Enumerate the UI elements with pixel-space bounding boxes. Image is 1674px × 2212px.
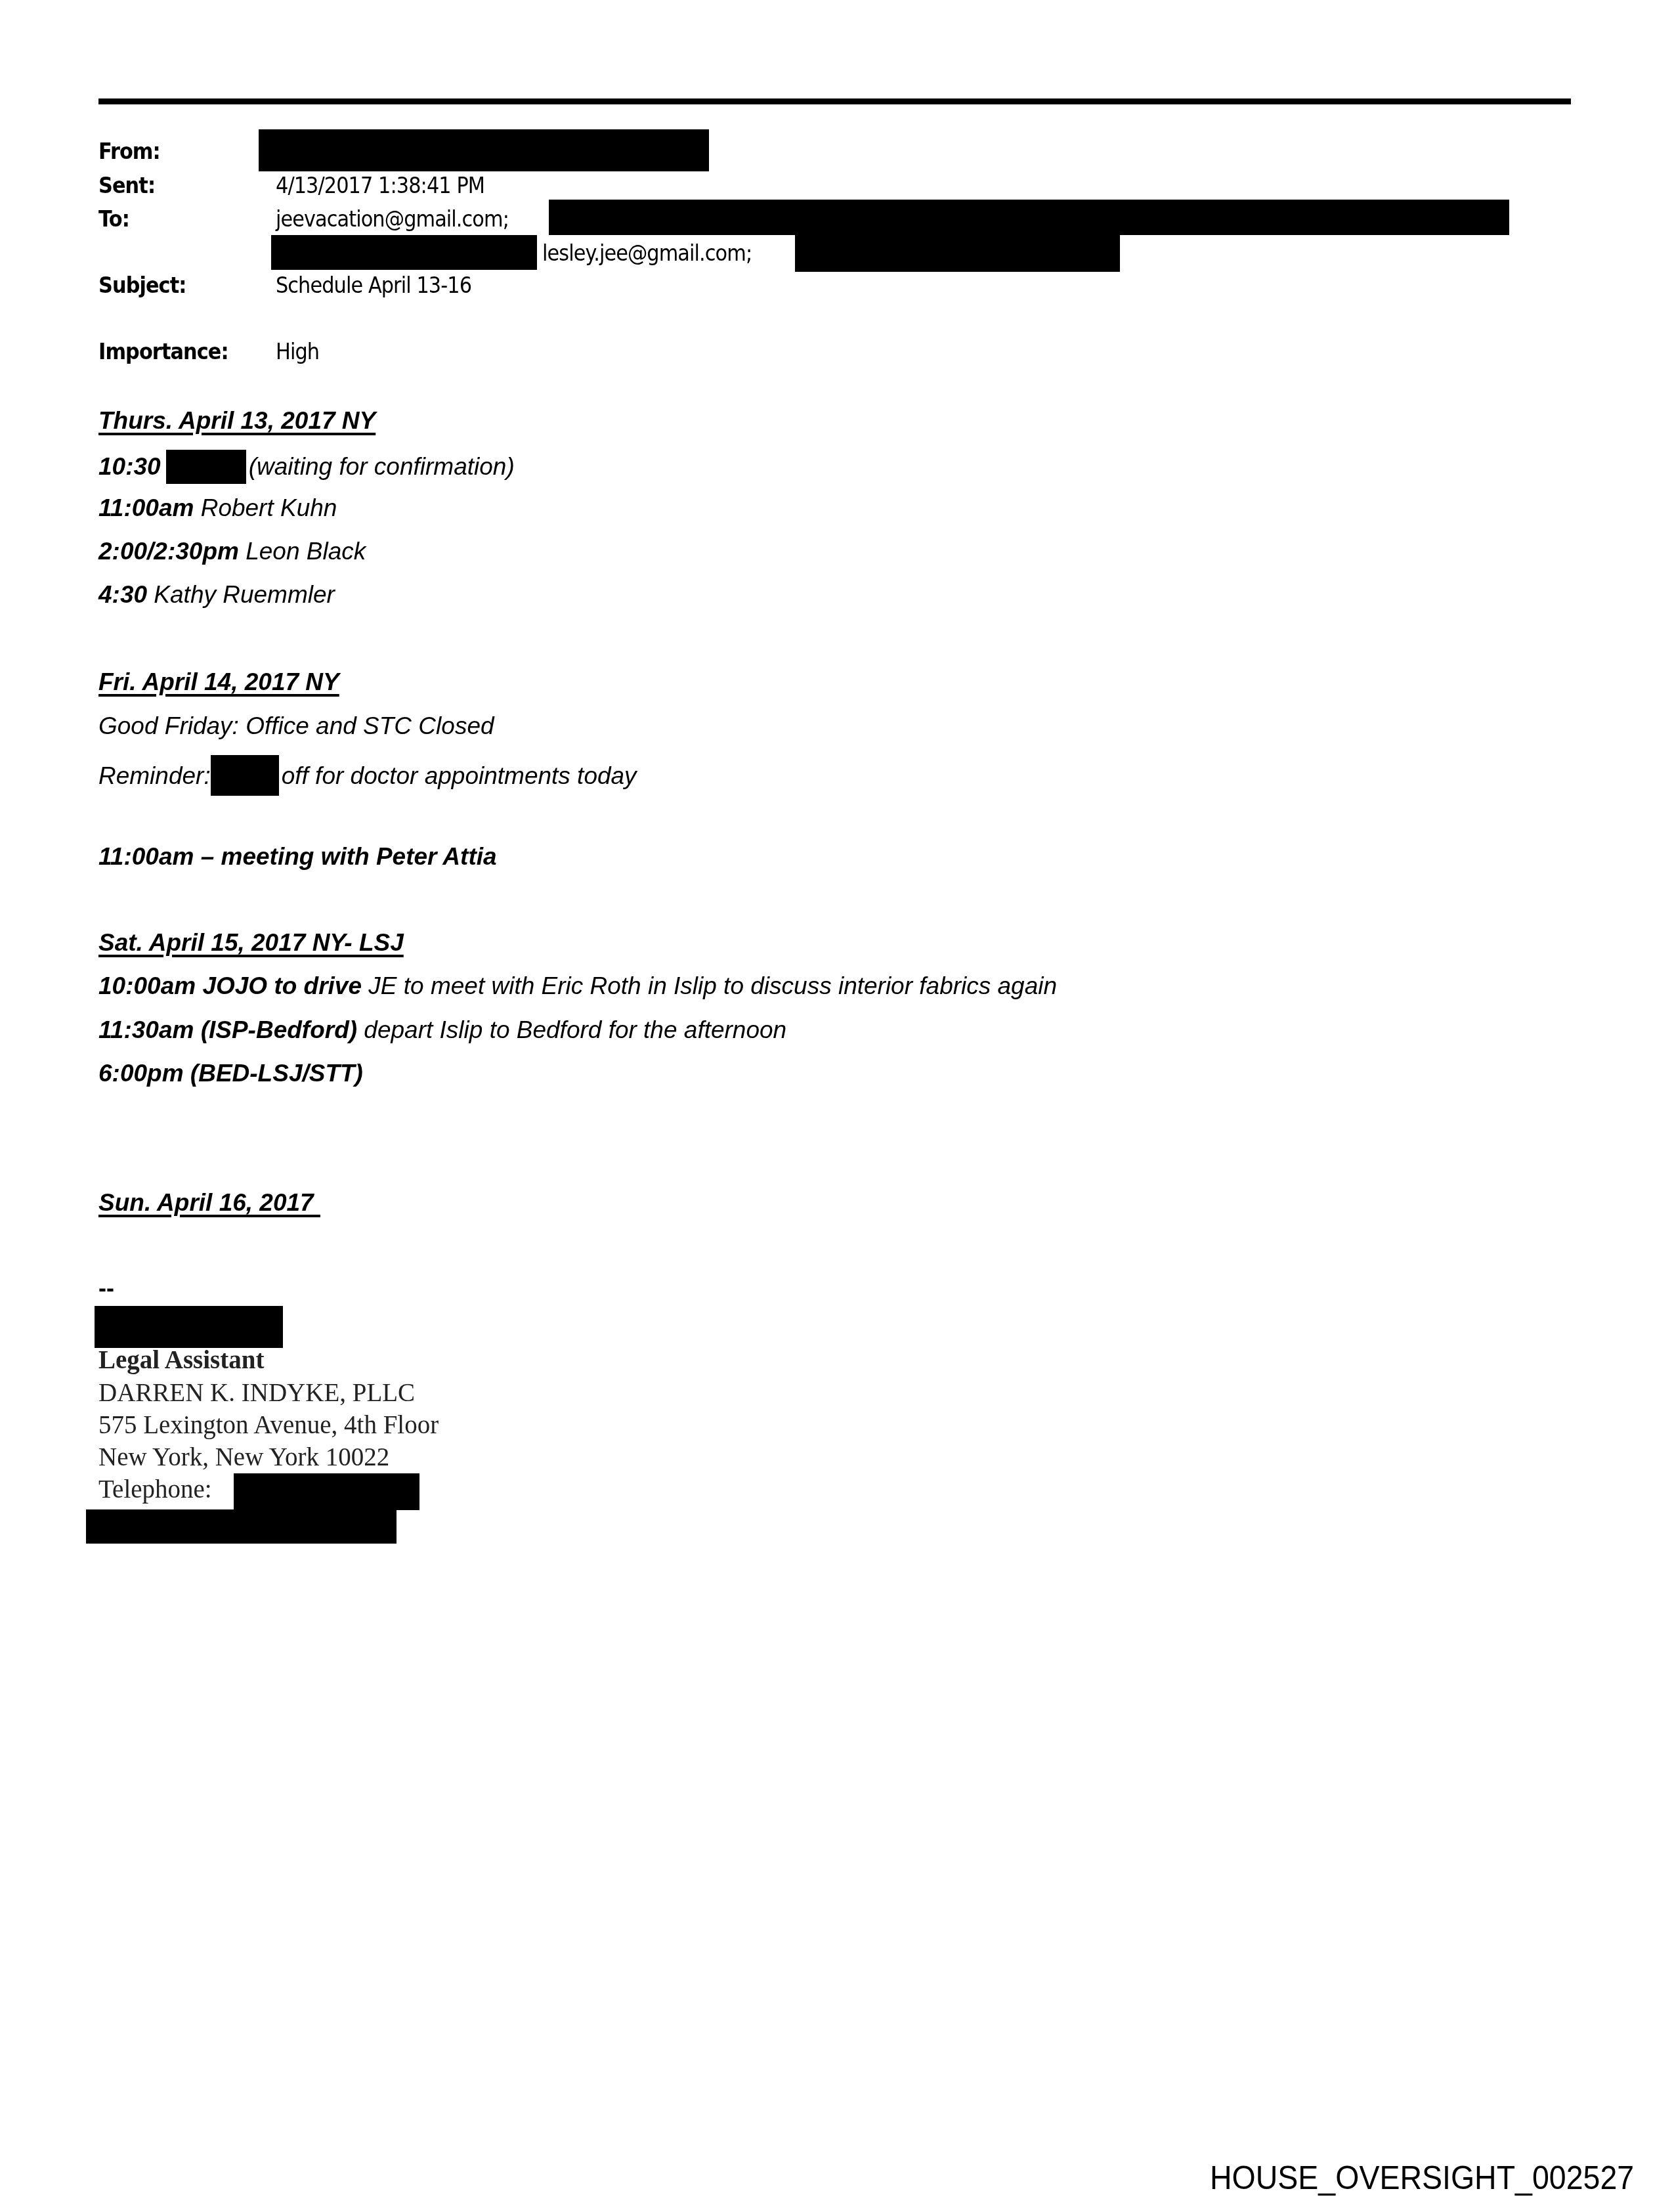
entry-text: Leon Black bbox=[246, 538, 366, 565]
to-redaction-1 bbox=[549, 200, 1509, 235]
entry-time: 11:00am bbox=[98, 494, 194, 521]
day-heading-thursday: Thurs. April 13, 2017 NY bbox=[98, 406, 376, 435]
signature-address-2: New York, New York 10022 bbox=[98, 1442, 389, 1473]
entry-text: Kathy Ruemmler bbox=[154, 581, 335, 608]
schedule-entry: 10:00am JOJO to drive JE to meet with Er… bbox=[98, 972, 1057, 1001]
importance-label: Importance: bbox=[98, 339, 228, 365]
schedule-entry: 11:30am (ISP-Bedford) depart Islip to Be… bbox=[98, 1016, 786, 1045]
subject-value: Schedule April 13-16 bbox=[276, 272, 471, 299]
schedule-entry: 10:30(waiting for confirmation) bbox=[98, 450, 515, 484]
entry-time: 11:30am (ISP-Bedford) bbox=[98, 1016, 357, 1043]
entry-text: Good Friday: Office and STC Closed bbox=[98, 712, 494, 739]
day-heading-saturday: Sat. April 15, 2017 NY- LSJ bbox=[98, 928, 404, 957]
signature-extra-redaction bbox=[86, 1509, 397, 1544]
entry-prefix: Reminder: bbox=[98, 762, 211, 789]
signature-address-1: 575 Lexington Avenue, 4th Floor bbox=[98, 1410, 439, 1441]
entry-text: Robert Kuhn bbox=[201, 494, 337, 521]
to-redaction-3 bbox=[795, 235, 1120, 272]
entry-text: depart Islip to Bedford for the afternoo… bbox=[364, 1016, 786, 1043]
sent-label: Sent: bbox=[98, 173, 155, 199]
entry-redaction bbox=[166, 450, 246, 484]
to-recipient-2: lesley.jee@gmail.com; bbox=[542, 240, 752, 267]
signature-firm: DARREN K. INDYKE, PLLC bbox=[98, 1378, 415, 1408]
signature-name-redaction bbox=[95, 1306, 283, 1348]
importance-value: High bbox=[276, 339, 319, 365]
to-recipient-1: jeevacation@gmail.com; bbox=[276, 206, 509, 232]
schedule-entry: 6:00pm (BED-LSJ/STT) bbox=[98, 1059, 363, 1088]
signature-title: Legal Assistant bbox=[98, 1345, 264, 1376]
entry-time: 4:30 bbox=[98, 581, 147, 608]
to-redaction-2 bbox=[271, 235, 537, 270]
signature-telephone-label: Telephone: bbox=[98, 1475, 212, 1505]
entry-time: 2:00/2:30pm bbox=[98, 538, 239, 565]
day-heading-sunday: Sun. April 16, 2017 bbox=[98, 1188, 320, 1217]
schedule-entry: Reminder:off for doctor appointments tod… bbox=[98, 755, 637, 796]
entry-time: 10:00am JOJO to drive bbox=[98, 972, 362, 999]
day-heading-friday: Fri. April 14, 2017 NY bbox=[98, 668, 339, 697]
schedule-entry: 11:00am – meeting with Peter Attia bbox=[98, 842, 497, 871]
telephone-redaction bbox=[234, 1473, 419, 1510]
entry-text: off for doctor appointments today bbox=[282, 762, 637, 789]
entry-text: JE to meet with Eric Roth in Islip to di… bbox=[368, 972, 1057, 999]
to-label: To: bbox=[98, 206, 129, 232]
bates-number: HOUSE_OVERSIGHT_002527 bbox=[1210, 2158, 1634, 2198]
schedule-entry: 2:00/2:30pm Leon Black bbox=[98, 537, 366, 566]
header-divider bbox=[98, 98, 1571, 104]
subject-label: Subject: bbox=[98, 272, 186, 299]
sent-value: 4/13/2017 1:38:41 PM bbox=[276, 173, 484, 199]
entry-time: 10:30 bbox=[98, 453, 161, 480]
schedule-entry: 4:30 Kathy Ruemmler bbox=[98, 580, 335, 609]
entry-redaction bbox=[211, 755, 279, 796]
signature-separator: -- bbox=[98, 1274, 114, 1303]
from-redaction bbox=[259, 129, 709, 171]
from-label: From: bbox=[98, 139, 160, 165]
schedule-entry: 11:00am Robert Kuhn bbox=[98, 494, 337, 523]
schedule-entry: Good Friday: Office and STC Closed bbox=[98, 712, 494, 741]
entry-text: (waiting for confirmation) bbox=[249, 453, 515, 480]
